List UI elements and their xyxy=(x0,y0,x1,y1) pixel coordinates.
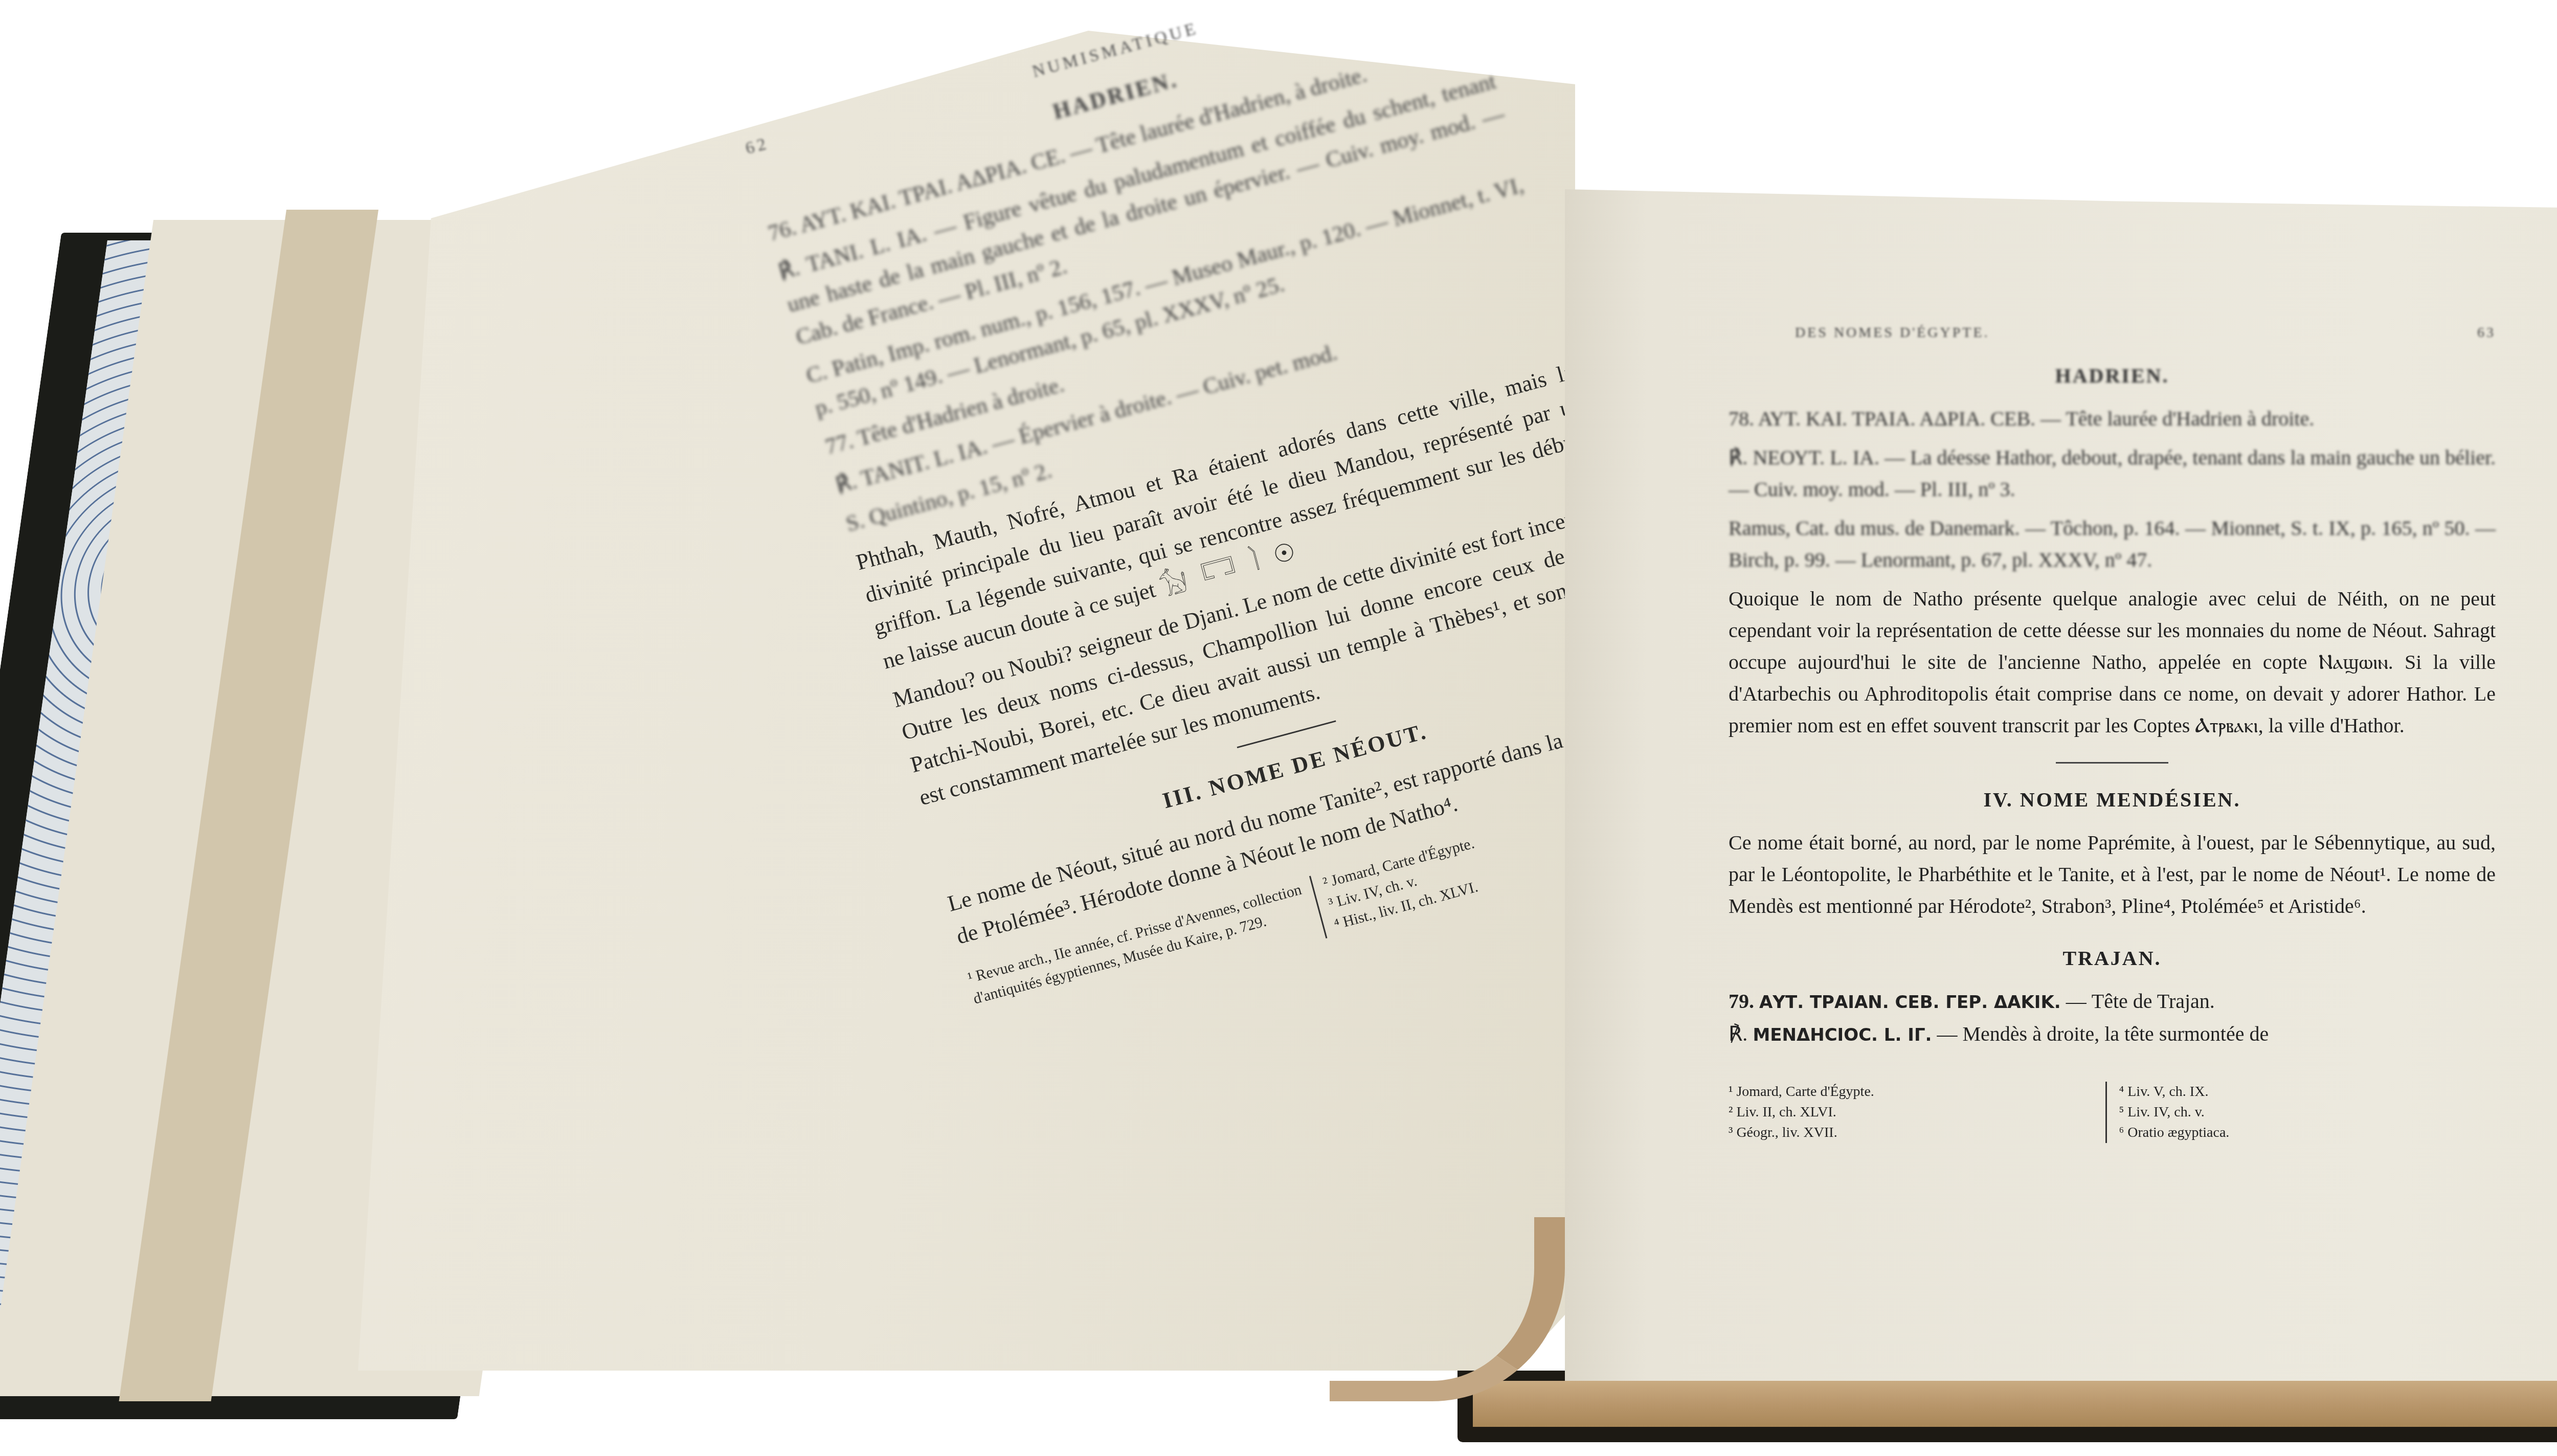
footnote: ⁶ Oratio ægyptiaca. xyxy=(2119,1123,2496,1143)
footnote: ⁵ Liv. IV, ch. v. xyxy=(2119,1102,2496,1123)
footnote: ² Liv. II, ch. XLVI. xyxy=(1729,1102,2105,1123)
paragraph-natho: Quoique le nom de Natho présente quelque… xyxy=(1729,583,2496,742)
coin-entry-79-reverse: ℟. ΜΕΝΔΗCΙΟC. L. ΙΓ. — Mendès à droite, … xyxy=(1729,1018,2496,1051)
emperor-heading: HADRIEN. xyxy=(1729,360,2496,392)
paragraph-mendesien: Ce nome était borné, au nord, par le nom… xyxy=(1729,827,2496,922)
coin-entry-78-reverse: ℟. ΝΕΟΥΤ. L. ΙΑ. — La déesse Hathor, deb… xyxy=(1729,442,2496,505)
coin-entry-78-obverse: 78. ΑΥΤ. ΚΑΙ. ΤΡΑΙΑ. ΑΔΡΙΑ. CEB. — Tête … xyxy=(1729,403,2496,435)
coin-entry-79-obverse: 79. ΑΥΤ. ΤΡΑΙΑΝ. CEB. ΓΕΡ. ΔΑΚΙΚ. — Tête… xyxy=(1729,985,2496,1018)
right-page-text: DES NOMES D'ÉGYPTE. 63 HADRIEN. 78. ΑΥΤ.… xyxy=(1729,317,2496,1143)
section-title-mendesien: IV. NOME MENDÉSIEN. xyxy=(1729,784,2496,816)
right-footnote-col-1: ¹ Jomard, Carte d'Égypte. ² Liv. II, ch.… xyxy=(1729,1082,2105,1143)
section-rule xyxy=(2056,762,2168,764)
footnote: ³ Géogr., liv. XVII. xyxy=(1729,1123,2105,1143)
page-block-edge xyxy=(1473,1381,2557,1427)
footnote: ¹ Jomard, Carte d'Égypte. xyxy=(1729,1082,2105,1102)
footnote: ⁴ Liv. V, ch. IX. xyxy=(2119,1082,2496,1102)
right-footnotes: ¹ Jomard, Carte d'Égypte. ² Liv. II, ch.… xyxy=(1729,1082,2496,1143)
right-page-number: 63 xyxy=(2477,317,2496,349)
right-running-head: DES NOMES D'ÉGYPTE. 63 xyxy=(1729,317,2496,349)
coin-entry-78-refs: Ramus, Cat. du mus. de Danemark. — Tôcho… xyxy=(1729,512,2496,576)
emperor-heading-trajan: TRAJAN. xyxy=(1729,943,2496,974)
right-footnote-col-2: ⁴ Liv. V, ch. IX. ⁵ Liv. IV, ch. v. ⁶ Or… xyxy=(2105,1082,2496,1143)
